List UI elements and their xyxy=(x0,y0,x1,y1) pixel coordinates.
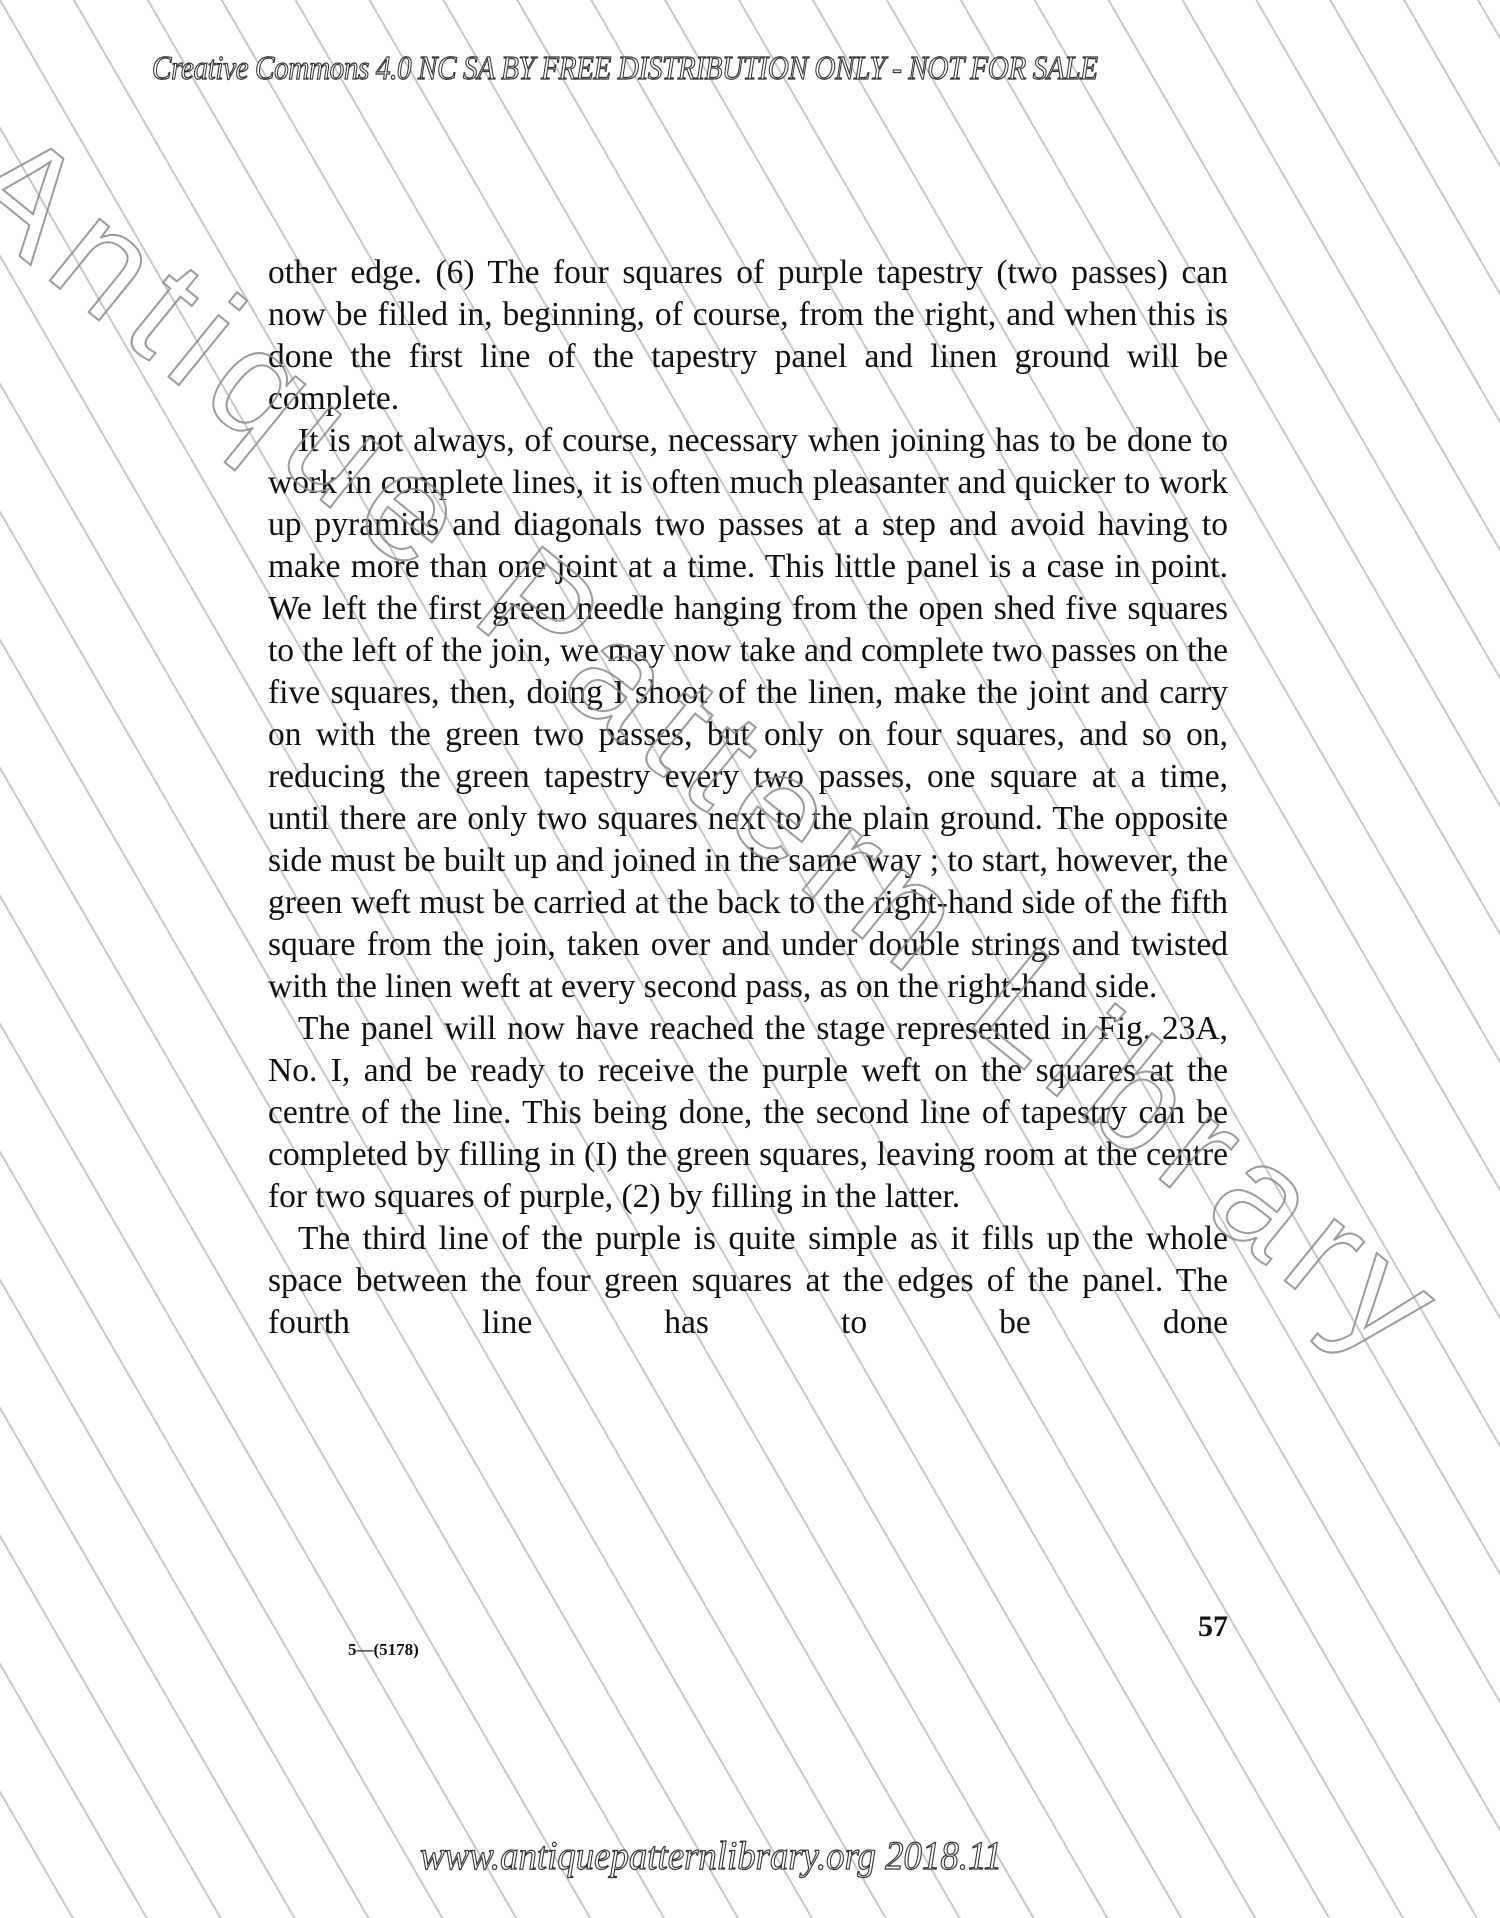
paragraph: The third line of the purple is quite si… xyxy=(268,1218,1228,1344)
page-number: 57 xyxy=(1198,1610,1228,1644)
signature-mark: 5—(5178) xyxy=(348,1640,419,1660)
paragraph: other edge. (6) The four squares of purp… xyxy=(268,252,1228,420)
footer-url-stamp: www.antiquepatternlibrary.org 2018.11 xyxy=(420,1832,1002,1879)
license-notice: Creative Commons 4.0 NC SA BY FREE DISTR… xyxy=(152,50,1098,88)
